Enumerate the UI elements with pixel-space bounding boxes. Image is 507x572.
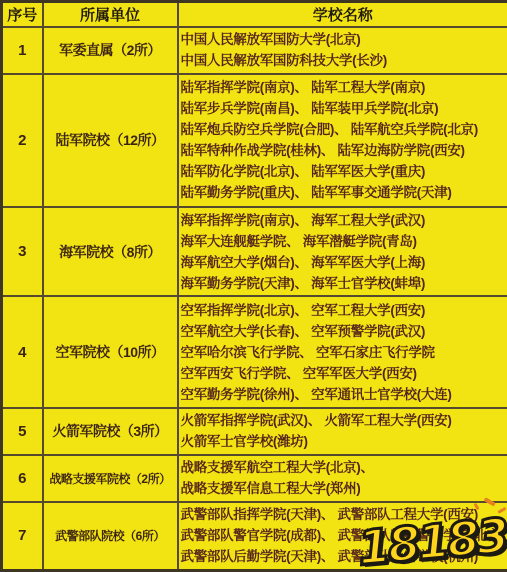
row-serial-number: 2	[2, 74, 43, 207]
row-serial-number: 6	[2, 455, 43, 502]
school-line: 火箭军士官学校(潍坊)	[181, 431, 506, 452]
table-row: 2陆军院校（12所）陆军指挥学院(南京)、 陆军工程大学(南京)陆军步兵学院(南…	[2, 74, 507, 207]
row-serial-number: 7	[2, 502, 43, 571]
school-line: 空军勤务学院(徐州)、 空军通讯士官学校(大连)	[181, 384, 506, 405]
school-list: 武警部队指挥学院(天津)、 武警部队工程大学(西安)武警部队警官学院(成都)、 …	[178, 502, 507, 571]
row-serial-number: 5	[2, 408, 43, 455]
table-body: 1军委直属（2所）中国人民解放军国防大学(北京)中国人民解放军国防科技大学(长沙…	[2, 27, 507, 571]
table-row: 6战略支援军院校（2所）战略支援军航空工程大学(北京)、战略支援军信息工程大学(…	[2, 455, 507, 502]
affiliated-unit-label: 陆军院校（12所）	[43, 74, 178, 207]
affiliated-unit-label: 军委直属（2所）	[43, 27, 178, 74]
school-line: 武警部队警官学院(成都)、 武警部队特种警察学院(北京)	[181, 525, 506, 546]
row-serial-number: 3	[2, 207, 43, 297]
table-row: 1军委直属（2所）中国人民解放军国防大学(北京)中国人民解放军国防科技大学(长沙…	[2, 27, 507, 74]
school-list: 战略支援军航空工程大学(北京)、战略支援军信息工程大学(郑州)	[178, 455, 507, 502]
header-affiliated-unit: 所属单位	[43, 2, 178, 28]
school-line: 战略支援军航空工程大学(北京)、	[181, 457, 506, 478]
school-line: 陆军指挥学院(南京)、 陆军工程大学(南京)	[181, 77, 506, 98]
school-line: 火箭军指挥学院(武汉)、 火箭军工程大学(西安)	[181, 410, 506, 431]
school-list: 陆军指挥学院(南京)、 陆军工程大学(南京)陆军步兵学院(南昌)、 陆军装甲兵学…	[178, 74, 507, 207]
school-line: 武警部队后勤学院(天津)、 武警部队士官学校(杭州)	[181, 546, 506, 567]
academies-table: 序号 所属单位 学校名称 1军委直属（2所）中国人民解放军国防大学(北京)中国人…	[0, 0, 507, 572]
school-list: 空军指挥学院(北京)、 空军工程大学(西安)空军航空大学(长春)、 空军预警学院…	[178, 296, 507, 407]
school-line: 海军大连舰艇学院、 海军潜艇学院(青岛)	[181, 231, 506, 252]
military-academies-table-page: 序号 所属单位 学校名称 1军委直属（2所）中国人民解放军国防大学(北京)中国人…	[0, 0, 507, 572]
school-line: 海军指挥学院(南京)、 海军工程大学(武汉)	[181, 210, 506, 231]
table-row: 4空军院校（10所）空军指挥学院(北京)、 空军工程大学(西安)空军航空大学(长…	[2, 296, 507, 407]
affiliated-unit-label: 海军院校（8所）	[43, 207, 178, 297]
table-row: 7武警部队院校（6所）武警部队指挥学院(天津)、 武警部队工程大学(西安)武警部…	[2, 502, 507, 571]
affiliated-unit-label: 武警部队院校（6所）	[43, 502, 178, 571]
school-list: 火箭军指挥学院(武汉)、 火箭军工程大学(西安)火箭军士官学校(潍坊)	[178, 408, 507, 455]
school-line: 空军指挥学院(北京)、 空军工程大学(西安)	[181, 300, 506, 321]
school-line: 陆军步兵学院(南昌)、 陆军装甲兵学院(北京)	[181, 98, 506, 119]
school-line: 空军西安飞行学院、 空军军医大学(西安)	[181, 363, 506, 384]
header-row: 序号 所属单位 学校名称	[2, 2, 507, 28]
school-line: 海军勤务学院(天津)、 海军士官学校(蚌埠)	[181, 273, 506, 294]
school-line: 中国人民解放军国防大学(北京)	[181, 29, 506, 50]
school-line: 陆军勤务学院(重庆)、 陆军军事交通学院(天津)	[181, 182, 506, 203]
school-line: 陆军炮兵防空兵学院(合肥)、 陆军航空兵学院(北京)	[181, 119, 506, 140]
school-list: 海军指挥学院(南京)、 海军工程大学(武汉)海军大连舰艇学院、 海军潜艇学院(青…	[178, 207, 507, 297]
school-line: 空军航空大学(长春)、 空军预警学院(武汉)	[181, 321, 506, 342]
header-serial-number: 序号	[2, 2, 43, 28]
school-line: 陆军防化学院(北京)、 陆军军医大学(重庆)	[181, 161, 506, 182]
affiliated-unit-label: 空军院校（10所）	[43, 296, 178, 407]
affiliated-unit-label: 战略支援军院校（2所）	[43, 455, 178, 502]
school-line: 陆军特种作战学院(桂林)、 陆军边海防学院(西安)	[181, 140, 506, 161]
row-serial-number: 1	[2, 27, 43, 74]
school-line: 武警部队指挥学院(天津)、 武警部队工程大学(西安)	[181, 504, 506, 525]
school-list: 中国人民解放军国防大学(北京)中国人民解放军国防科技大学(长沙)	[178, 27, 507, 74]
table-row: 5火箭军院校（3所）火箭军指挥学院(武汉)、 火箭军工程大学(西安)火箭军士官学…	[2, 408, 507, 455]
header-school-name: 学校名称	[178, 2, 507, 28]
school-line: 中国人民解放军国防科技大学(长沙)	[181, 50, 506, 71]
row-serial-number: 4	[2, 296, 43, 407]
table-row: 3海军院校（8所）海军指挥学院(南京)、 海军工程大学(武汉)海军大连舰艇学院、…	[2, 207, 507, 297]
affiliated-unit-label: 火箭军院校（3所）	[43, 408, 178, 455]
school-line: 海军航空大学(烟台)、 海军军医大学(上海)	[181, 252, 506, 273]
school-line: 空军哈尔滨飞行学院、 空军石家庄飞行学院	[181, 342, 506, 363]
school-line: 战略支援军信息工程大学(郑州)	[181, 478, 506, 499]
